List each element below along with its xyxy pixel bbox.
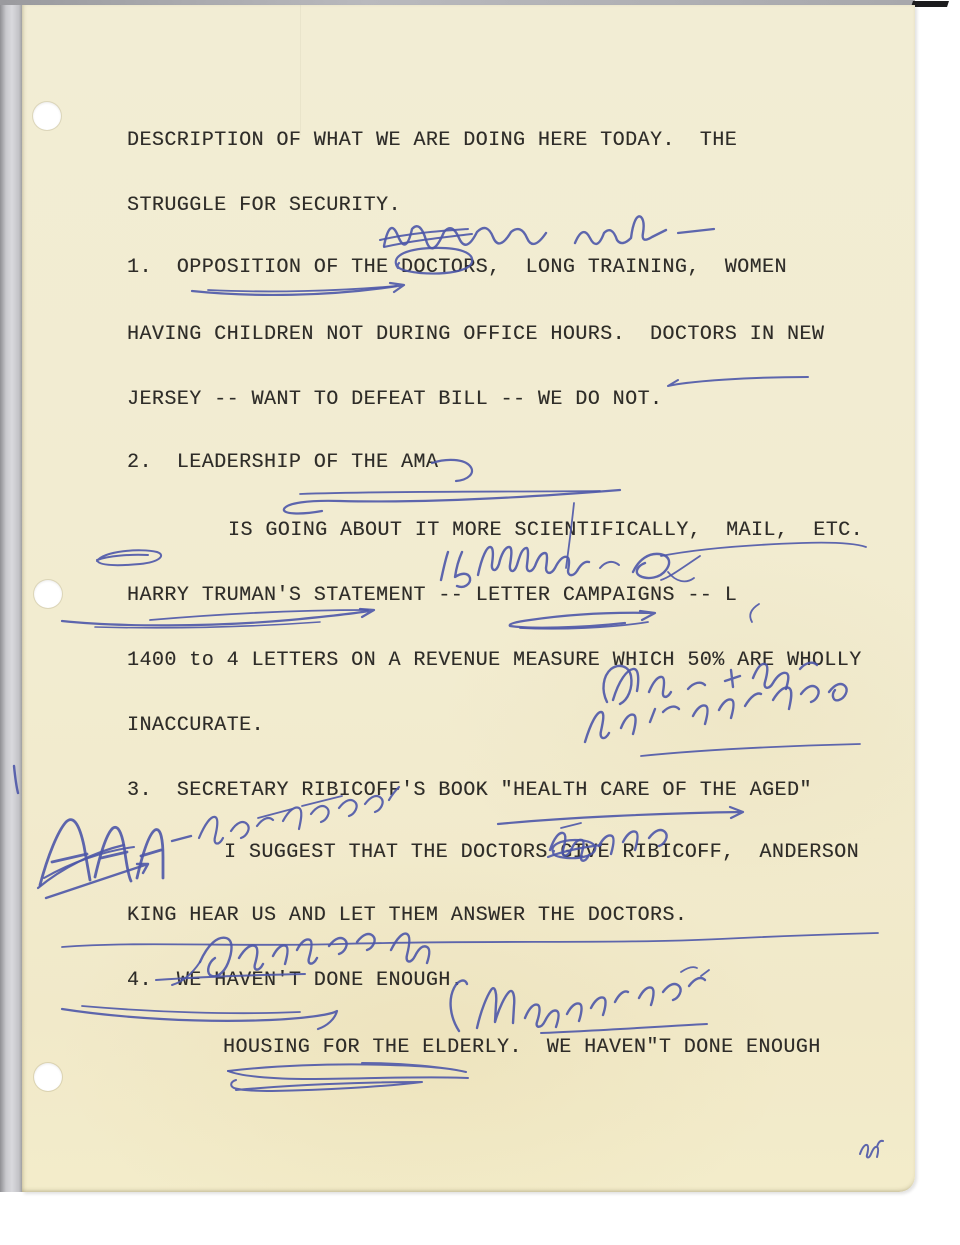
typed-line-9: 1400 to 4 LETTERS ON A REVENUE MEASURE W… (127, 650, 862, 672)
typed-line-2: STRUGGLE FOR SECURITY. (127, 195, 401, 217)
scanner-corner-mark (911, 1, 949, 7)
typed-line-10: INACCURATE. (127, 715, 264, 737)
typed-line-8: HARRY TRUMAN'S STATEMENT -- LETTER CAMPA… (127, 585, 737, 607)
typed-line-4: HAVING CHILDREN NOT DURING OFFICE HOURS.… (127, 324, 824, 346)
punch-hole-middle (34, 580, 62, 608)
typed-line-11: 3. SECRETARY RIBICOFF'S BOOK "HEALTH CAR… (127, 780, 812, 802)
punch-hole-top (33, 102, 61, 130)
typed-line-5: JERSEY -- WANT TO DEFEAT BILL -- WE DO N… (127, 389, 662, 411)
typed-line-7: IS GOING ABOUT IT MORE SCIENTIFICALLY, M… (228, 520, 863, 542)
typed-line-3: 1. OPPOSITION OF THE DOCTORS, LONG TRAIN… (127, 257, 787, 279)
typed-line-6: 2. LEADERSHIP OF THE AMA (127, 452, 438, 474)
typed-line-12: I SUGGEST THAT THE DOCTORS GIVE RIBICOFF… (224, 842, 859, 864)
scanned-document-page: DESCRIPTION OF WHAT WE ARE DOING HERE TO… (0, 0, 960, 1245)
typed-line-1: DESCRIPTION OF WHAT WE ARE DOING HERE TO… (127, 130, 737, 152)
typed-line-13: KING HEAR US AND LET THEM ANSWER THE DOC… (127, 905, 687, 927)
typed-line-15: HOUSING FOR THE ELDERLY. WE HAVEN"T DONE… (223, 1037, 821, 1059)
typed-line-14: 4. WE HAVEN'T DONE ENOUGH. (127, 970, 463, 992)
punch-hole-bottom (34, 1063, 62, 1091)
paper-crease (300, 5, 301, 135)
